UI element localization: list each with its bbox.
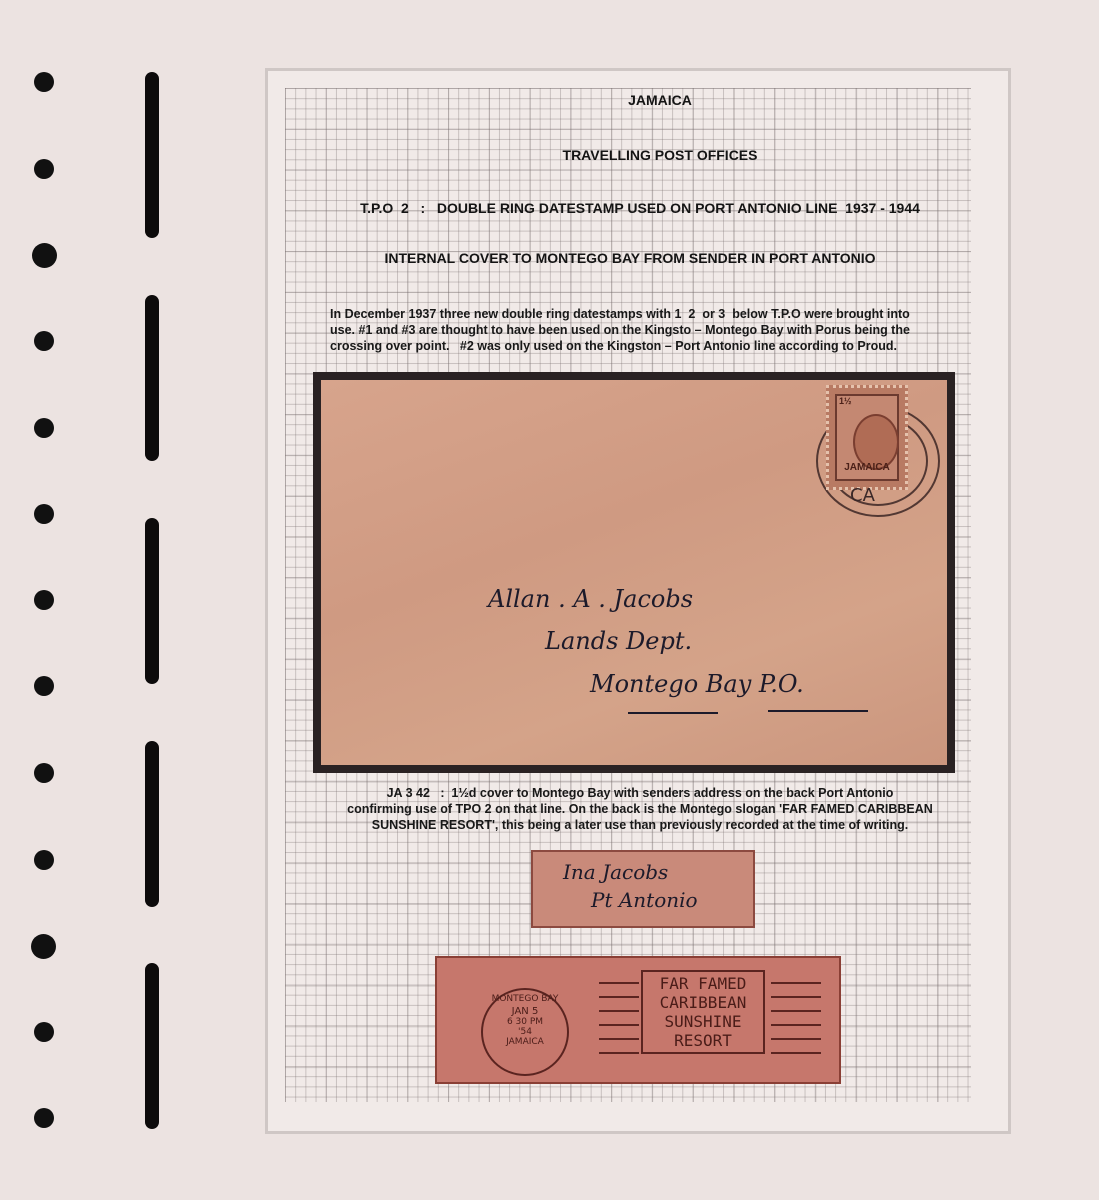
intro-paragraph: In December 1937 three new double ring d… — [330, 306, 970, 354]
cancel-line — [771, 1010, 821, 1012]
cancel-line — [599, 982, 639, 984]
binder-slot — [145, 72, 159, 238]
binder-hole — [34, 331, 54, 351]
intro-line: use. #1 and #3 are thought to have been … — [330, 322, 970, 338]
slogan-cancel-box: FAR FAMED CARIBBEAN SUNSHINE RESORT — [641, 970, 765, 1054]
binder-hole — [31, 934, 56, 959]
cancel-line — [599, 996, 639, 998]
caption-line: SUNSHINE RESORT', this being a later use… — [300, 817, 980, 833]
section-heading: T.P.O 2 : DOUBLE RING DATESTAMP USED ON … — [290, 200, 990, 216]
cancel-line — [771, 1038, 821, 1040]
page-title: JAMAICA — [285, 92, 1035, 108]
binder-hole — [34, 850, 54, 870]
binder-hole — [34, 72, 54, 92]
binder-hole — [34, 418, 54, 438]
slogan-line: SUNSHINE — [647, 1012, 759, 1031]
cancel-line — [599, 1024, 639, 1026]
binder-hole — [34, 590, 54, 610]
cancel-line — [599, 1052, 639, 1054]
binder-hole — [34, 1022, 54, 1042]
caption-line: JA 3 42 : 1½d cover to Montego Bay with … — [300, 785, 980, 801]
binder-hole — [34, 676, 54, 696]
binder-slot — [145, 295, 159, 461]
cancel-line — [771, 982, 821, 984]
caption-line: confirming use of TPO 2 on that line. On… — [300, 801, 980, 817]
stamp-country-label: JAMAICA — [841, 462, 893, 473]
cds-country: JAMAICA — [483, 1037, 567, 1047]
address-underline — [628, 712, 718, 714]
postage-stamp: 1½ JAMAICA — [826, 385, 908, 490]
page-subtitle: TRAVELLING POST OFFICES — [285, 147, 1035, 163]
address-line-1: Allan . A . Jacobs — [488, 585, 693, 613]
binder-hole — [34, 1108, 54, 1128]
binder-hole — [34, 159, 54, 179]
intro-line: crossing over point. #2 was only used on… — [330, 338, 970, 354]
cancel-line — [599, 1010, 639, 1012]
backstamp-piece: MONTEGO BAY JAN 5 6 30 PM '54 JAMAICA FA… — [435, 956, 841, 1084]
cds-date: JAN 5 — [483, 1006, 567, 1017]
cds-year: '54 — [483, 1027, 567, 1037]
montego-bay-cds: MONTEGO BAY JAN 5 6 30 PM '54 JAMAICA — [481, 988, 569, 1076]
address-line-2: Lands Dept. — [545, 627, 692, 655]
binder-hole — [34, 763, 54, 783]
postmark-fragment: CA — [850, 485, 875, 506]
binder-slot — [145, 963, 159, 1129]
address-line-3: Montego Bay P.O. — [590, 670, 804, 698]
binder-slot — [145, 741, 159, 907]
intro-line: In December 1937 three new double ring d… — [330, 306, 970, 322]
slogan-line: CARIBBEAN — [647, 993, 759, 1012]
address-underline — [768, 710, 868, 712]
cds-time: 6 30 PM — [483, 1017, 567, 1027]
binder-hole — [34, 504, 54, 524]
sender-line-2: Pt Antonio — [591, 888, 698, 912]
cancel-line — [771, 1024, 821, 1026]
stamp-value: 1½ — [839, 396, 852, 406]
section-subheading: INTERNAL COVER TO MONTEGO BAY FROM SENDE… — [290, 250, 970, 266]
binder-hole — [32, 243, 57, 268]
cancel-line — [771, 996, 821, 998]
sender-address-piece: Ina Jacobs Pt Antonio — [531, 850, 755, 928]
slogan-line: RESORT — [647, 1031, 759, 1050]
stamp-frame: 1½ JAMAICA — [835, 394, 899, 481]
cds-town: MONTEGO BAY — [483, 994, 567, 1004]
cover-caption: JA 3 42 : 1½d cover to Montego Bay with … — [300, 785, 980, 833]
sender-line-1: Ina Jacobs — [563, 860, 668, 884]
cancel-line — [599, 1038, 639, 1040]
cancel-line — [771, 1052, 821, 1054]
slogan-line: FAR FAMED — [647, 974, 759, 993]
binder-slot — [145, 518, 159, 684]
